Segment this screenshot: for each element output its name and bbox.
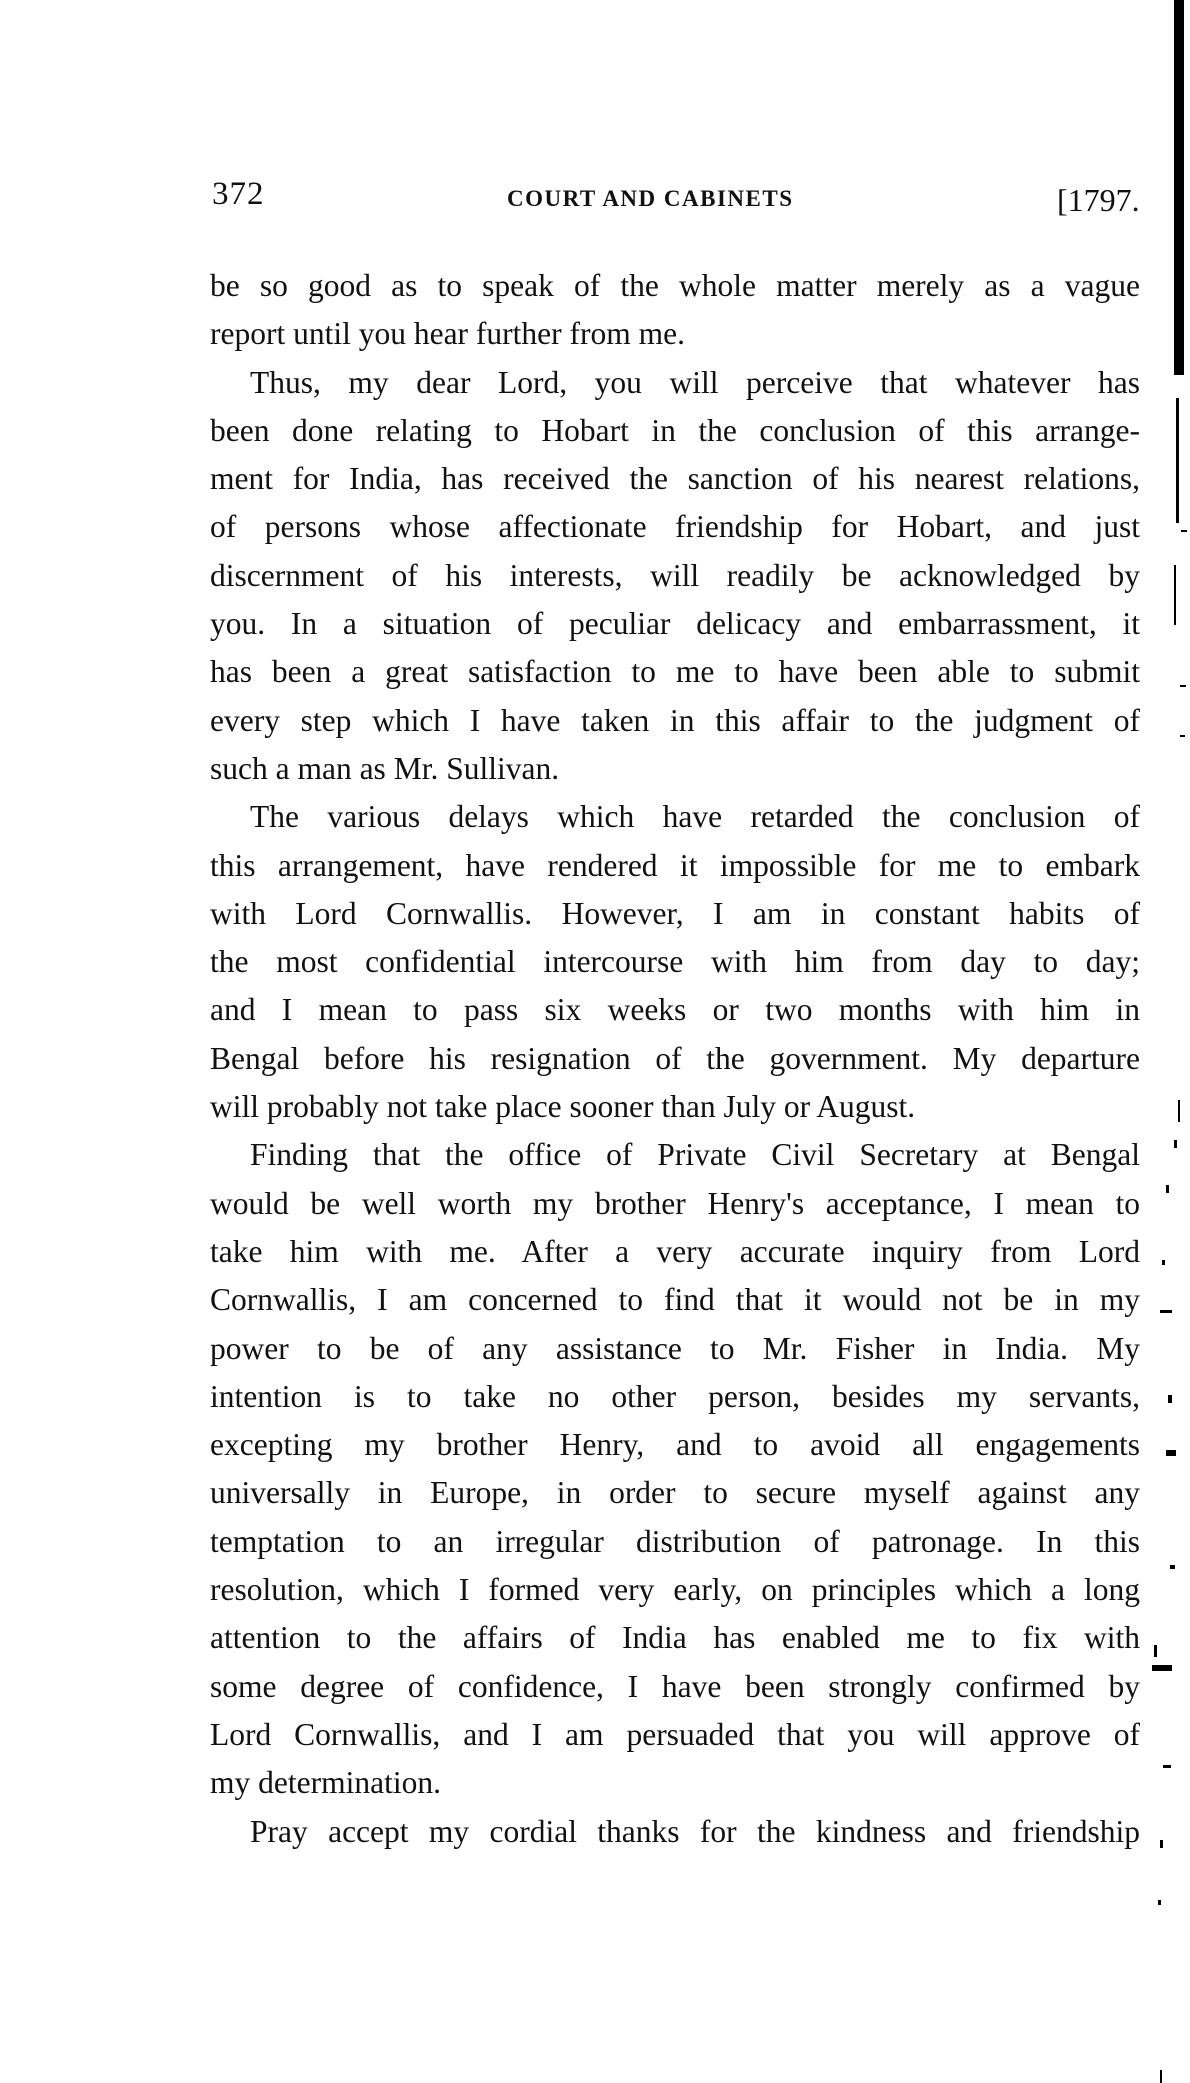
- scan-speck: [1163, 1765, 1171, 1768]
- text-line: intention is to take no other person, be…: [210, 1373, 1140, 1421]
- paragraph: be so good as to speak of the whole matt…: [210, 262, 1140, 359]
- scan-edge-line: [1174, 565, 1176, 625]
- text-line: the most confidential intercourse with h…: [210, 938, 1140, 986]
- text-line: you. In a situation of peculiar delicacy…: [210, 600, 1140, 648]
- paragraph: Finding that the office of Private Civil…: [210, 1131, 1140, 1807]
- scan-speck: [1170, 1565, 1175, 1569]
- text-line: this arrangement, have rendered it impos…: [210, 842, 1140, 890]
- text-line: been done relating to Hobart in the conc…: [210, 407, 1140, 455]
- text-line: such a man as Mr. Sullivan.: [210, 745, 1140, 793]
- text-line: Finding that the office of Private Civil…: [210, 1131, 1140, 1179]
- scan-edge-line: [1176, 398, 1179, 523]
- text-line: power to be of any assistance to Mr. Fis…: [210, 1325, 1140, 1373]
- text-line: would be well worth my brother Henry's a…: [210, 1180, 1140, 1228]
- text-line: Bengal before his resignation of the gov…: [210, 1035, 1140, 1083]
- text-line: my determination.: [210, 1759, 1140, 1807]
- scan-edge-bar: [1174, 0, 1184, 375]
- text-line: report until you hear further from me.: [210, 310, 1140, 358]
- paragraph: Thus, my dear Lord, you will perceive th…: [210, 359, 1140, 794]
- scan-speck: [1158, 1900, 1161, 1905]
- text-line: of persons whose affectionate friendship…: [210, 503, 1140, 551]
- text-line: Thus, my dear Lord, you will perceive th…: [210, 359, 1140, 407]
- text-line: and I mean to pass six weeks or two mont…: [210, 986, 1140, 1034]
- text-line: Lord Cornwallis, and I am persuaded that…: [210, 1711, 1140, 1759]
- text-line: has been a great satisfaction to me to h…: [210, 648, 1140, 696]
- scan-speck: [1160, 2070, 1162, 2083]
- text-line: universally in Europe, in order to secur…: [210, 1469, 1140, 1517]
- page-number: 372: [212, 176, 265, 213]
- text-line: Cornwallis, I am concerned to find that …: [210, 1276, 1140, 1324]
- text-line: ment for India, has received the sanctio…: [210, 455, 1140, 503]
- text-line: with Lord Cornwallis. However, I am in c…: [210, 890, 1140, 938]
- paragraph: Pray accept my cordial thanks for the ki…: [210, 1808, 1140, 1856]
- year-marker: [1797.: [1057, 182, 1140, 219]
- scan-speck: [1166, 1450, 1176, 1456]
- text-line: discernment of his interests, will readi…: [210, 552, 1140, 600]
- scan-speck: [1160, 1310, 1172, 1313]
- scan-speck: [1154, 1645, 1157, 1657]
- text-line: Pray accept my cordial thanks for the ki…: [210, 1808, 1140, 1856]
- text-line: every step which I have taken in this af…: [210, 697, 1140, 745]
- text-line: temptation to an irregular distribution …: [210, 1518, 1140, 1566]
- text-line: take him with me. After a very accurate …: [210, 1228, 1140, 1276]
- text-line: excepting my brother Henry, and to avoid…: [210, 1421, 1140, 1469]
- text-line: The various delays which have retarded t…: [210, 793, 1140, 841]
- paragraph: The various delays which have retarded t…: [210, 793, 1140, 1131]
- page-body: be so good as to speak of the whole matt…: [210, 262, 1140, 1856]
- scan-speck: [1174, 1140, 1177, 1148]
- text-line: some degree of confidence, I have been s…: [210, 1663, 1140, 1711]
- text-line: will probably not take place sooner than…: [210, 1083, 1140, 1131]
- scan-speck: [1160, 1840, 1163, 1848]
- scan-speck: [1180, 735, 1185, 737]
- scan-speck: [1180, 685, 1186, 687]
- scan-speck: [1152, 1665, 1172, 1671]
- scan-speck: [1181, 530, 1187, 532]
- text-line: attention to the affairs of India has en…: [210, 1614, 1140, 1662]
- text-line: be so good as to speak of the whole matt…: [210, 262, 1140, 310]
- running-header: 372 COURT AND CABINETS [1797.: [212, 176, 1142, 216]
- scan-speck: [1178, 1100, 1180, 1122]
- text-line: resolution, which I formed very early, o…: [210, 1566, 1140, 1614]
- running-title: COURT AND CABINETS: [507, 186, 794, 212]
- scan-speck: [1162, 1260, 1165, 1265]
- scan-speck: [1168, 1395, 1172, 1403]
- scan-speck: [1166, 1185, 1169, 1193]
